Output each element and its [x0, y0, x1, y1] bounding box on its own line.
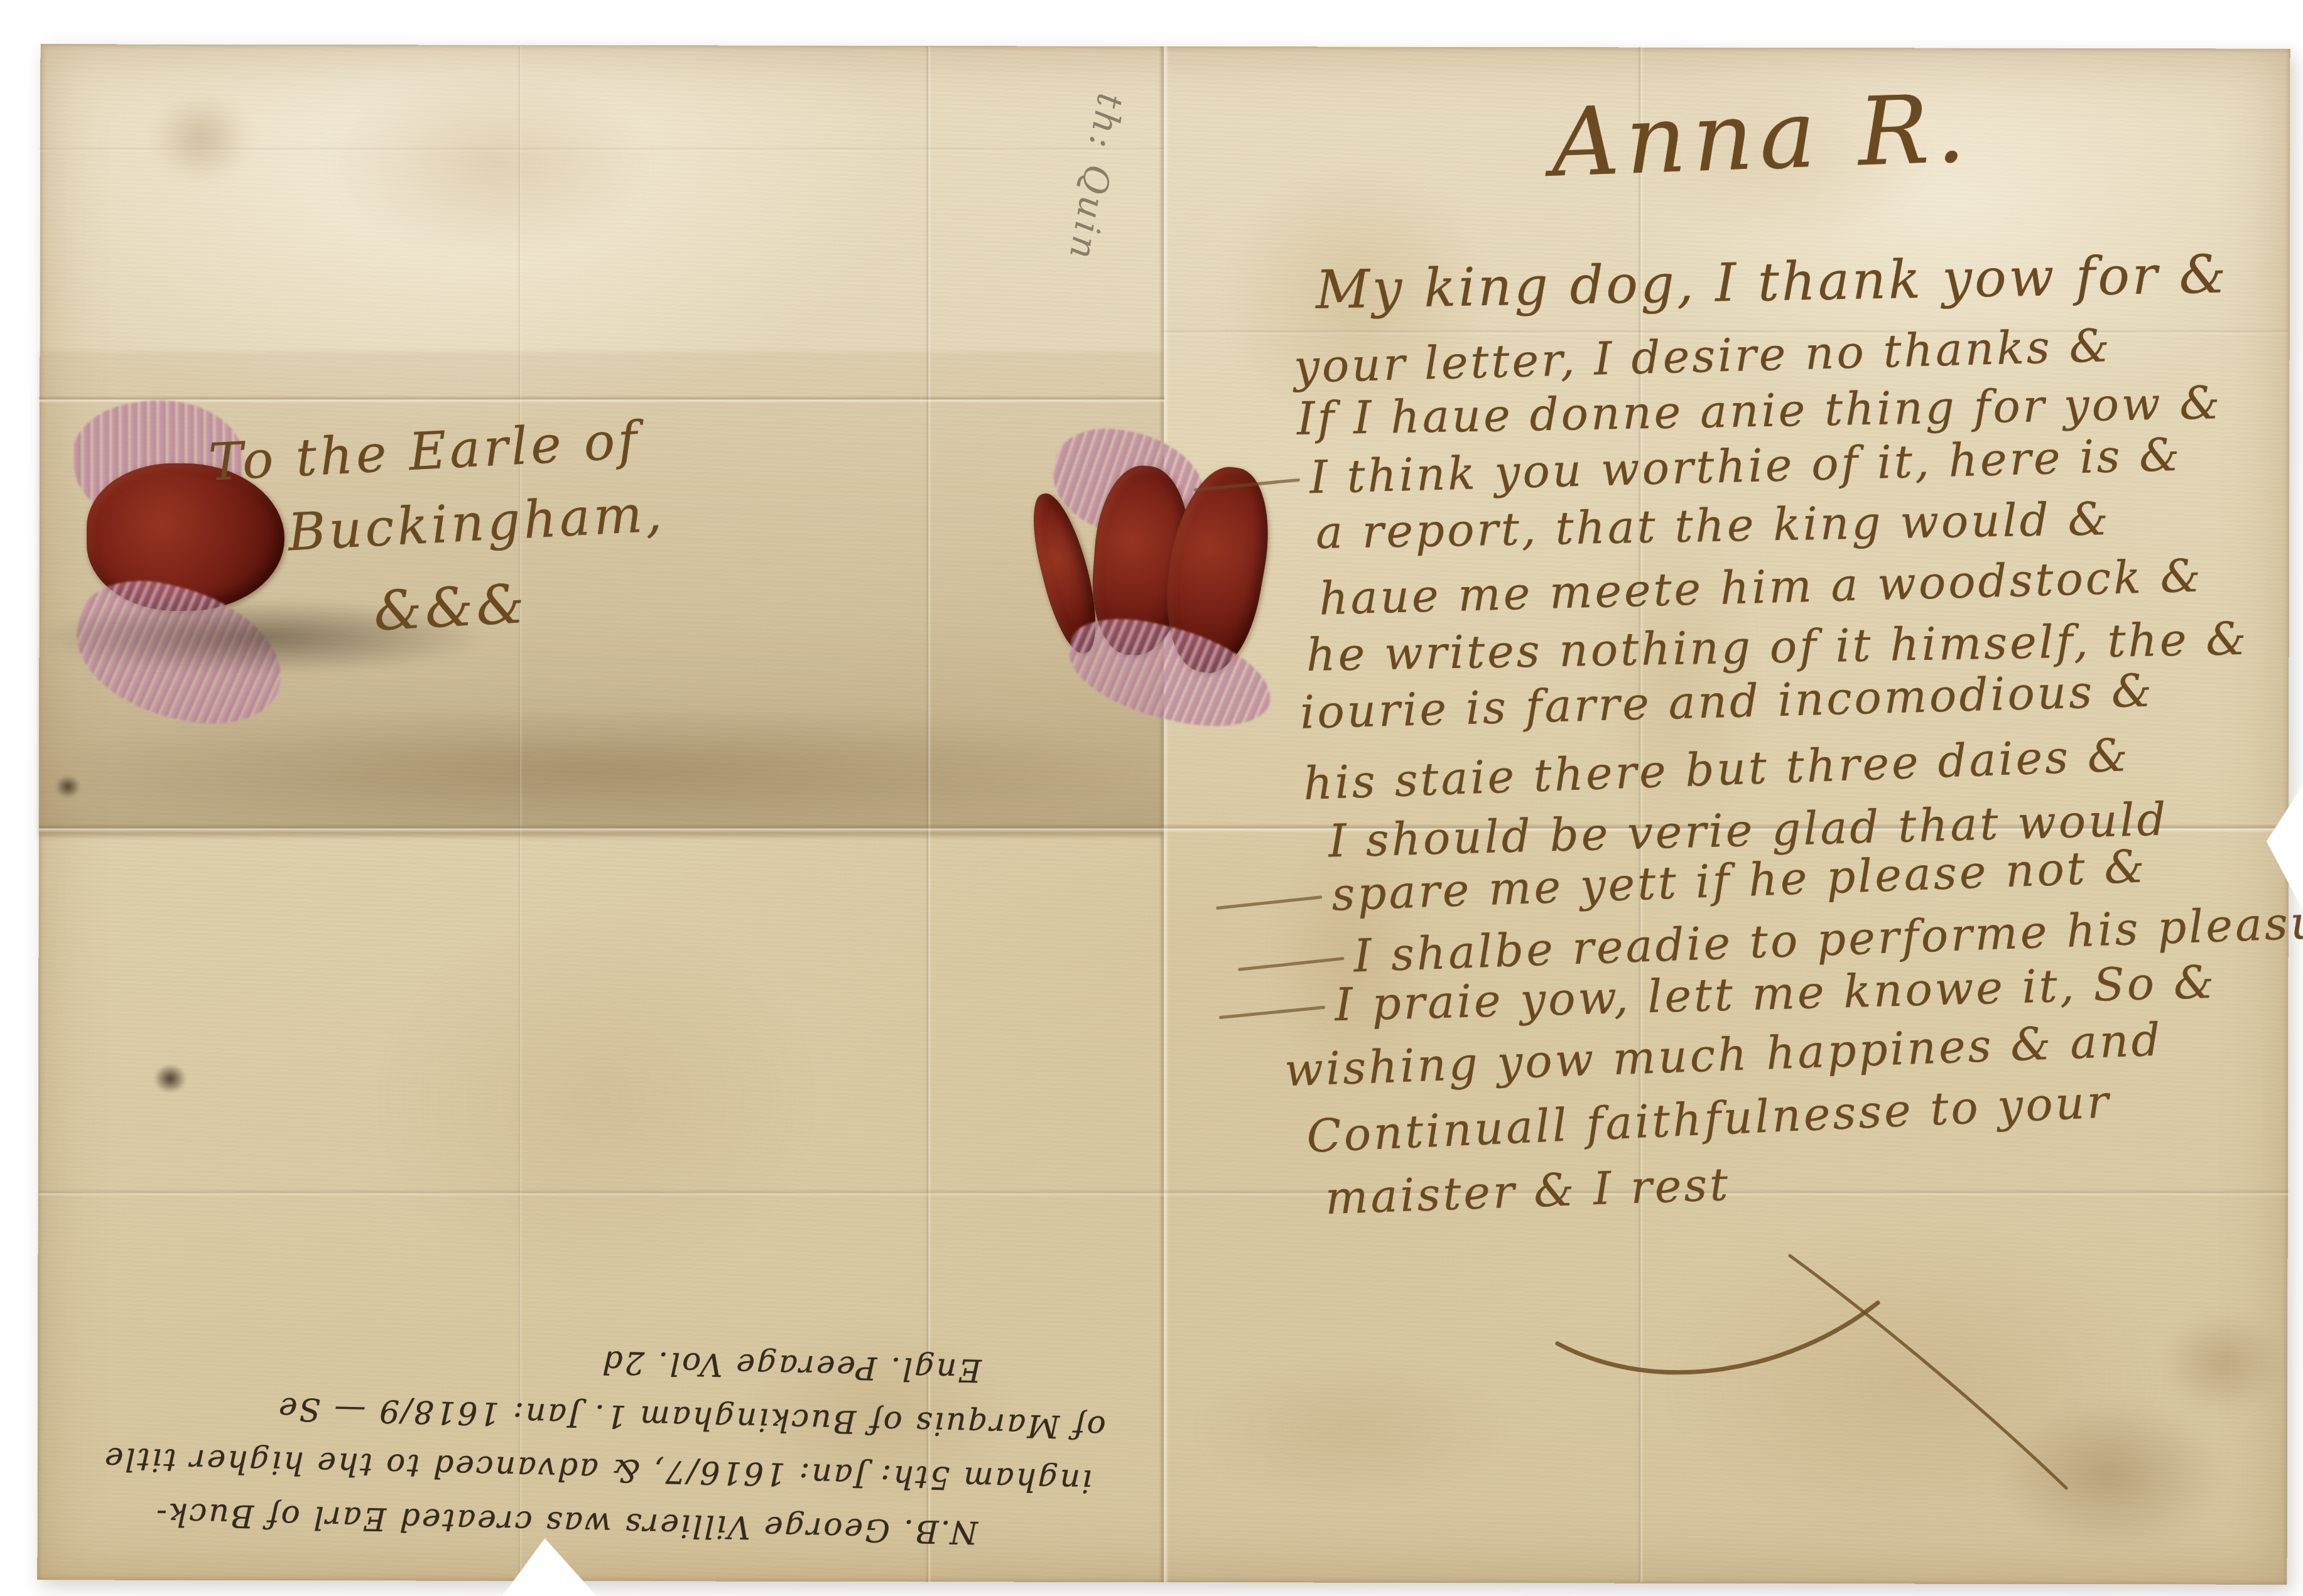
signature-heading: Anna R.: [1549, 74, 1973, 198]
address-line: &&&: [372, 573, 529, 644]
fold-crease-horizontal: [39, 396, 1164, 403]
stain: [2160, 1312, 2286, 1413]
fold-crease-horizontal: [39, 1189, 2289, 1197]
archivist-note-block: N.B. George Villiers was created Earl of…: [41, 1317, 1139, 1563]
stain: [327, 69, 653, 257]
pen-flourish: [1520, 1212, 2135, 1538]
stain: [1193, 1350, 1507, 1507]
stain: [151, 94, 251, 182]
ink-spot: [55, 775, 80, 798]
fold-crease-vertical: [1159, 46, 1169, 1582]
fold-crease-horizontal: [39, 147, 1164, 152]
stain: [377, 910, 816, 1287]
ink-spot: [154, 1064, 187, 1093]
archivist-note-line: Engl. Peerage Vol. 2d: [600, 1335, 982, 1398]
